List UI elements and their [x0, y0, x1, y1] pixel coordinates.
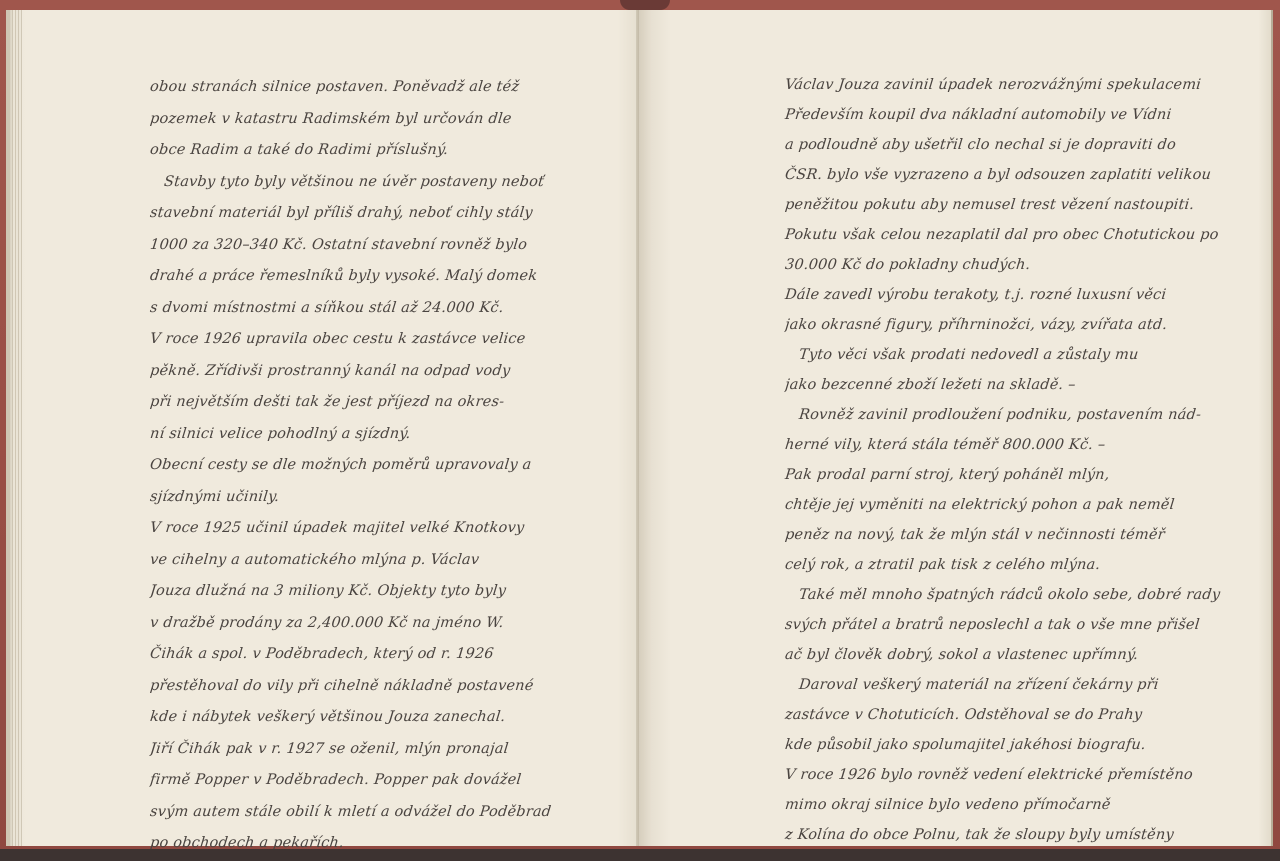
handwritten-line: Čihák a spol. v Poděbradech, který od r.…: [148, 639, 621, 671]
handwritten-line: Také měl mnoho špatných rádců okolo sebe…: [783, 580, 1261, 610]
handwritten-line: Václav Jouza zavinil úpadek nerozvážnými…: [783, 70, 1261, 100]
handwritten-line: mimo okraj silnice bylo vedeno přímočarn…: [783, 790, 1261, 820]
right-page-text: Václav Jouza zavinil úpadek nerozvážnými…: [785, 70, 1260, 850]
left-page-text: obou stranách silnice postaven. Poněvadž…: [150, 72, 620, 860]
handwritten-line: ač byl člověk dobrý, sokol a vlastenec u…: [783, 640, 1261, 670]
handwritten-line: svých přátel a bratrů neposlechl a tak o…: [783, 610, 1261, 640]
handwritten-line: Stavby tyto byly většinou ne úvěr postav…: [148, 167, 621, 199]
handwritten-line: peněžitou pokutu aby nemusel trest vězen…: [783, 190, 1261, 220]
handwritten-line: s dvomi místnostmi a síňkou stál až 24.0…: [148, 293, 621, 325]
handwritten-line: Pak prodal parní stroj, který poháněl ml…: [783, 460, 1261, 490]
handwritten-line: peněz na nový, tak že mlýn stál v nečinn…: [783, 520, 1261, 550]
handwritten-line: 30.000 Kč do pokladny chudých.: [783, 250, 1261, 280]
handwritten-line: firmě Popper v Poděbradech. Popper pak d…: [148, 765, 621, 797]
handwritten-line: celý rok, a ztratil pak tisk z celého ml…: [783, 550, 1261, 580]
handwritten-line: chtěje jej vyměniti na elektrický pohon …: [783, 490, 1261, 520]
handwritten-line: V roce 1925 učinil úpadek majitel velké …: [148, 513, 621, 545]
handwritten-line: po obchodech a pekařích.: [148, 828, 621, 860]
handwritten-line: a podloudně aby ušetřil clo nechal si je…: [783, 130, 1261, 160]
handwritten-line: Dále zavedl výrobu terakoty, t.j. rozné …: [783, 280, 1261, 310]
handwritten-line: v dražbě prodány za 2,400.000 Kč na jmén…: [148, 608, 621, 640]
handwritten-line: ve cihelny a automatického mlýna p. Václ…: [148, 545, 621, 577]
book-cover: obou stranách silnice postaven. Poněvadž…: [0, 0, 1280, 861]
handwritten-line: Pokutu však celou nezaplatil dal pro obe…: [783, 220, 1261, 250]
handwritten-line: kde působil jako spolumajitel jakéhosi b…: [783, 730, 1261, 760]
handwritten-line: Obecní cesty se dle možných poměrů uprav…: [148, 450, 621, 482]
handwritten-line: herné vily, která stála téměř 800.000 Kč…: [783, 430, 1261, 460]
handwritten-line: Rovněž zavinil prodloužení podniku, post…: [783, 400, 1261, 430]
handwritten-line: 1000 za 320–340 Kč. Ostatní stavební rov…: [148, 230, 621, 262]
handwritten-line: jako okrasné figury, příhrninožci, vázy,…: [783, 310, 1261, 340]
handwritten-line: Především koupil dva nákladní automobily…: [783, 100, 1261, 130]
handwritten-line: drahé a práce řemeslníků byly vysoké. Ma…: [148, 261, 621, 293]
handwritten-line: z Kolína do obce Polnu, tak že sloupy by…: [783, 820, 1261, 850]
handwritten-line: Jiří Čihák pak v r. 1927 se oženil, mlýn…: [148, 734, 621, 766]
book-clasp: [620, 0, 670, 10]
handwritten-line: pěkně. Zřídivši prostranný kanál na odpa…: [148, 356, 621, 388]
handwritten-line: obce Radim a také do Radimi příslušný.: [148, 135, 621, 167]
handwritten-line: při největším dešti tak že jest příjezd …: [148, 387, 621, 419]
handwritten-line: kde i nábytek veškerý většinou Jouza zan…: [148, 702, 621, 734]
handwritten-line: V roce 1926 bylo rovněž vedení elektrick…: [783, 760, 1261, 790]
handwritten-line: svým autem stále obilí k mletí a odvážel…: [148, 797, 621, 829]
handwritten-line: obou stranách silnice postaven. Poněvadž…: [148, 72, 621, 104]
handwritten-line: zastávce v Chotuticích. Odstěhoval se do…: [783, 700, 1261, 730]
handwritten-line: Jouza dlužná na 3 miliony Kč. Objekty ty…: [148, 576, 621, 608]
handwritten-line: přestěhoval do vily při cihelně nákladně…: [148, 671, 621, 703]
handwritten-line: stavební materiál byl příliš drahý, nebo…: [148, 198, 621, 230]
handwritten-line: ní silnici velice pohodlný a sjízdný.: [148, 419, 621, 451]
handwritten-line: V roce 1926 upravila obec cestu k zastáv…: [148, 324, 621, 356]
handwritten-line: sjízdnými učinily.: [148, 482, 621, 514]
handwritten-line: pozemek v katastru Radimském byl určován…: [148, 104, 621, 136]
handwritten-line: Daroval veškerý materiál na zřízení čeká…: [783, 670, 1261, 700]
handwritten-line: jako bezcenné zboží ležeti na skladě. –: [783, 370, 1261, 400]
handwritten-line: ČSR. bylo vše vyzrazeno a byl odsouzen z…: [783, 160, 1261, 190]
handwritten-line: Tyto věci však prodati nedovedl a zůstal…: [783, 340, 1261, 370]
